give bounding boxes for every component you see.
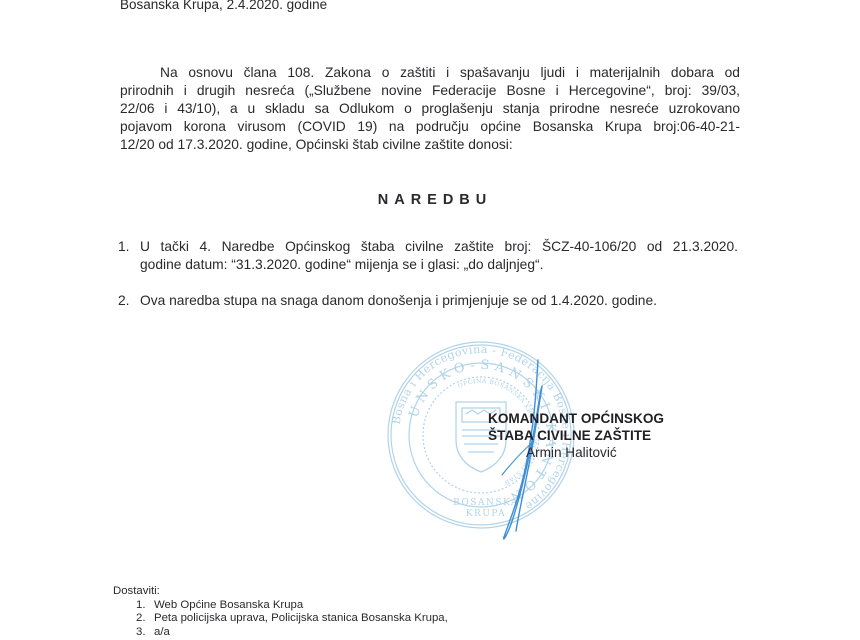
order-number: 2.: [118, 292, 130, 310]
intro-line: 22/06 i 43/10), a u skladu sa Odlukom o …: [120, 100, 740, 118]
delivery-item: 3. a/a: [113, 626, 448, 640]
intro-line: prirodnih i drugih nesreća („Službene no…: [120, 82, 740, 100]
order-item: 1. U tački 4. Naredbe Općinskog štaba ci…: [118, 238, 738, 274]
intro-paragraph: Na osnovu člana 108. Zakona o zaštiti i …: [120, 64, 740, 154]
intro-line: Na osnovu člana 108. Zakona o zaštiti i …: [120, 64, 740, 82]
document-page: Bosanska Krupa, 2.4.2020. godine Na osno…: [0, 0, 860, 640]
signatory-role-line-1: KOMANDANT OPĆINSKOG: [488, 410, 664, 427]
orders-list: 1. U tački 4. Naredbe Općinskog štaba ci…: [118, 238, 738, 328]
delivery-item-text: Peta policijska uprava, Policijska stani…: [154, 612, 448, 624]
delivery-list: 1. Web Općine Bosanska Krupa 2. Peta pol…: [113, 599, 448, 640]
delivery-item-number: 2.: [136, 612, 146, 626]
signatory-name: Armin Halitović: [488, 444, 664, 461]
order-number: 1.: [118, 238, 130, 256]
intro-line: 12/20 od 17.3.2020. godine, Općinski šta…: [120, 136, 740, 154]
intro-line: pojavom korona virusom (COVID 19) na pod…: [120, 118, 740, 136]
delivery-label: Dostaviti:: [113, 585, 448, 599]
delivery-item-text: Web Općine Bosanska Krupa: [154, 599, 303, 611]
document-title: NAREDBU: [0, 192, 860, 208]
delivery-section: Dostaviti: 1. Web Općine Bosanska Krupa …: [113, 585, 448, 639]
delivery-item-text: a/a: [154, 626, 170, 638]
order-item: 2. Ova naredba stupa na snaga danom dono…: [118, 292, 738, 310]
delivery-item: 1. Web Općine Bosanska Krupa: [113, 599, 448, 613]
order-line: godine datum: “31.3.2020. godine“ mijenj…: [140, 256, 738, 274]
delivery-item: 2. Peta policijska uprava, Policijska st…: [113, 612, 448, 626]
signatory-role-line-2: ŠTABA CIVILNE ZAŠTITE: [488, 427, 664, 444]
delivery-item-number: 1.: [136, 599, 146, 613]
order-line: U tački 4. Naredbe Općinskog štaba civil…: [140, 238, 738, 256]
document-date: Bosanska Krupa, 2.4.2020. godine: [120, 0, 327, 14]
order-line: Ova naredba stupa na snaga danom donošen…: [140, 292, 738, 310]
delivery-item-number: 3.: [136, 626, 146, 640]
signature-block: KOMANDANT OPĆINSKOG ŠTABA CIVILNE ZAŠTIT…: [488, 410, 664, 461]
